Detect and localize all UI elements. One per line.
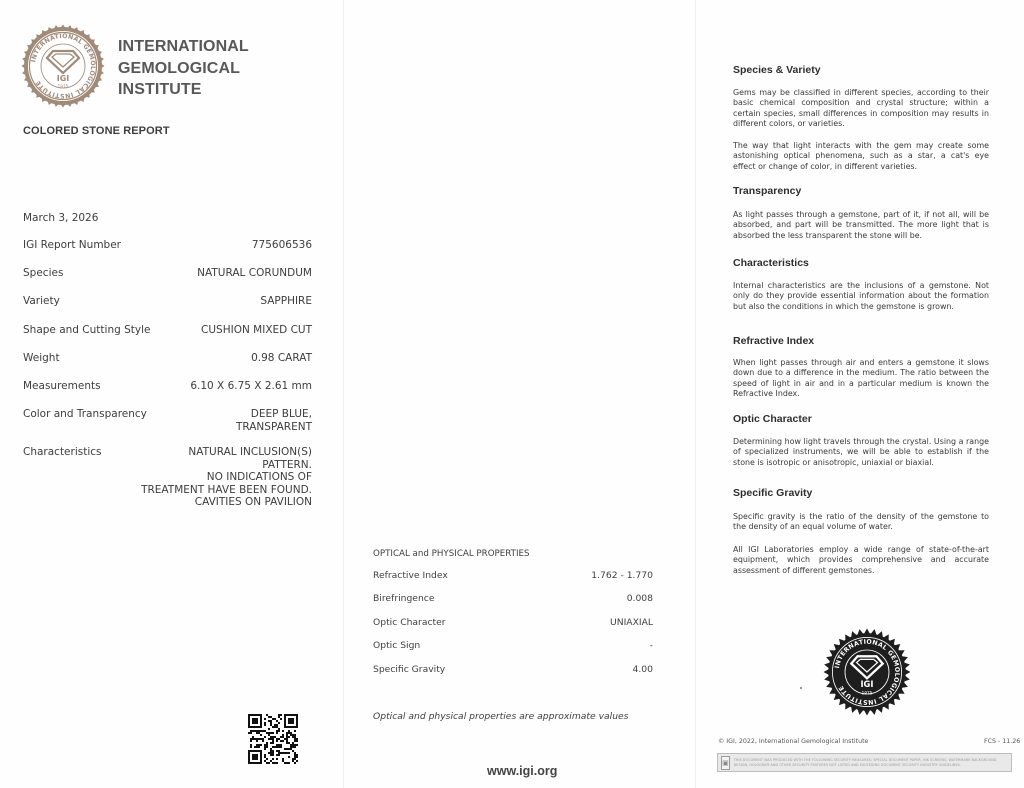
website-link[interactable]: www.igi.org (487, 764, 557, 778)
igi-embossed-seal: INTERNATIONAL GEMOLOGICAL INSTITUTE IGI … (823, 628, 911, 720)
copyright-notice: © IGI, 2022, International Gemological I… (718, 738, 868, 745)
paper-speck (800, 687, 802, 689)
field-value: NATURAL CORUNDUM (197, 267, 312, 280)
svg-text:1975: 1975 (862, 691, 873, 696)
glossary-paragraph: Specific gravity is the ratio of the den… (733, 512, 989, 533)
property-label: Optic Character (373, 617, 446, 628)
field-weight: Weight 0.98 CARAT (23, 352, 312, 365)
glossary-heading: Refractive Index (733, 335, 814, 347)
field-characteristics: Characteristics NATURAL INCLUSION(S) PAT… (23, 446, 312, 509)
property-value: - (650, 640, 653, 651)
field-label: Shape and Cutting Style (23, 324, 150, 337)
field-value: DEEP BLUE, TRANSPARENT (236, 408, 312, 433)
security-features-strip: ▣ This document was produced with the fo… (717, 753, 1012, 772)
property-label: Specific Gravity (373, 664, 445, 675)
svg-text:IGI: IGI (860, 679, 873, 689)
property-value: 1.762 - 1.770 (591, 570, 653, 581)
field-label: Variety (23, 295, 60, 308)
field-label: Characteristics (23, 446, 102, 509)
property-optic-character: Optic Character UNIAXIAL (373, 617, 653, 628)
glossary-heading: Specific Gravity (733, 487, 812, 499)
svg-text:IGI: IGI (57, 74, 70, 83)
field-value: CUSHION MIXED CUT (201, 324, 312, 337)
svg-text:1975: 1975 (58, 84, 69, 89)
field-label: Weight (23, 352, 60, 365)
property-value: 0.008 (627, 593, 653, 604)
glossary-paragraph: Determining how light travels through th… (733, 437, 989, 468)
igi-seal-logo: INTERNATIONAL GEMOLOGICAL INSTITUTE IGI … (21, 24, 105, 108)
glossary-paragraph: Gems may be classified in different spec… (733, 88, 989, 130)
field-value: NATURAL INCLUSION(S) PATTERN. NO INDICAT… (141, 446, 312, 509)
field-value: 0.98 CARAT (251, 352, 312, 365)
property-value: UNIAXIAL (610, 617, 653, 628)
glossary-paragraph: Internal characteristics are the inclusi… (733, 281, 989, 312)
org-name-line: INTERNATIONAL (118, 36, 249, 58)
glossary-heading: Transparency (733, 185, 801, 197)
field-report-number: IGI Report Number 775606536 (23, 239, 312, 252)
org-name-line: INSTITUTE (118, 79, 249, 101)
glossary-paragraph: When light passes through air and enters… (733, 358, 989, 400)
glossary-heading: Species & Variety (733, 64, 821, 76)
field-label: IGI Report Number (23, 239, 121, 252)
field-measurements: Measurements 6.10 X 6.75 X 2.61 mm (23, 380, 312, 393)
property-label: Birefringence (373, 593, 434, 604)
property-label: Optic Sign (373, 640, 420, 651)
org-name-line: GEMOLOGICAL (118, 58, 249, 80)
property-optic-sign: Optic Sign - (373, 640, 653, 651)
field-label: Color and Transparency (23, 408, 147, 433)
property-specific-gravity: Specific Gravity 4.00 (373, 664, 653, 675)
field-value: 6.10 X 6.75 X 2.61 mm (190, 380, 312, 393)
organization-name: INTERNATIONAL GEMOLOGICAL INSTITUTE (118, 36, 249, 101)
report-date: March 3, 2026 (23, 212, 98, 224)
security-notice-text: This document was produced with the foll… (734, 758, 1011, 767)
field-value: SAPPHIRE (260, 295, 312, 308)
approximate-values-note: Optical and physical properties are appr… (373, 711, 628, 722)
field-label: Measurements (23, 380, 101, 393)
glossary-heading: Characteristics (733, 257, 809, 269)
qr-code[interactable] (248, 714, 298, 764)
glossary-heading: Optic Character (733, 413, 812, 425)
report-title: COLORED STONE REPORT (23, 125, 170, 137)
property-birefringence: Birefringence 0.008 (373, 593, 653, 604)
document-lock-icon: ▣ (721, 756, 730, 770)
report-front-panel: INTERNATIONAL GEMOLOGICAL INSTITUTE IGI … (0, 0, 343, 788)
field-value: 775606536 (252, 239, 312, 252)
property-label: Refractive Index (373, 570, 448, 581)
field-color-transparency: Color and Transparency DEEP BLUE, TRANSP… (23, 408, 312, 433)
field-variety: Variety SAPPHIRE (23, 295, 312, 308)
glossary-paragraph: As light passes through a gemstone, part… (733, 210, 989, 241)
property-value: 4.00 (633, 664, 653, 675)
glossary-paragraph: All IGI Laboratories employ a wide range… (733, 545, 989, 576)
form-code: FCS - 11.26 (984, 738, 1020, 745)
optical-properties-title: OPTICAL and PHYSICAL PROPERTIES (373, 549, 530, 559)
property-refractive-index: Refractive Index 1.762 - 1.770 (373, 570, 653, 581)
field-species: Species NATURAL CORUNDUM (23, 267, 312, 280)
field-label: Species (23, 267, 63, 280)
field-shape-cutting-style: Shape and Cutting Style CUSHION MIXED CU… (23, 324, 312, 337)
glossary-paragraph: The way that light interacts with the ge… (733, 141, 989, 172)
